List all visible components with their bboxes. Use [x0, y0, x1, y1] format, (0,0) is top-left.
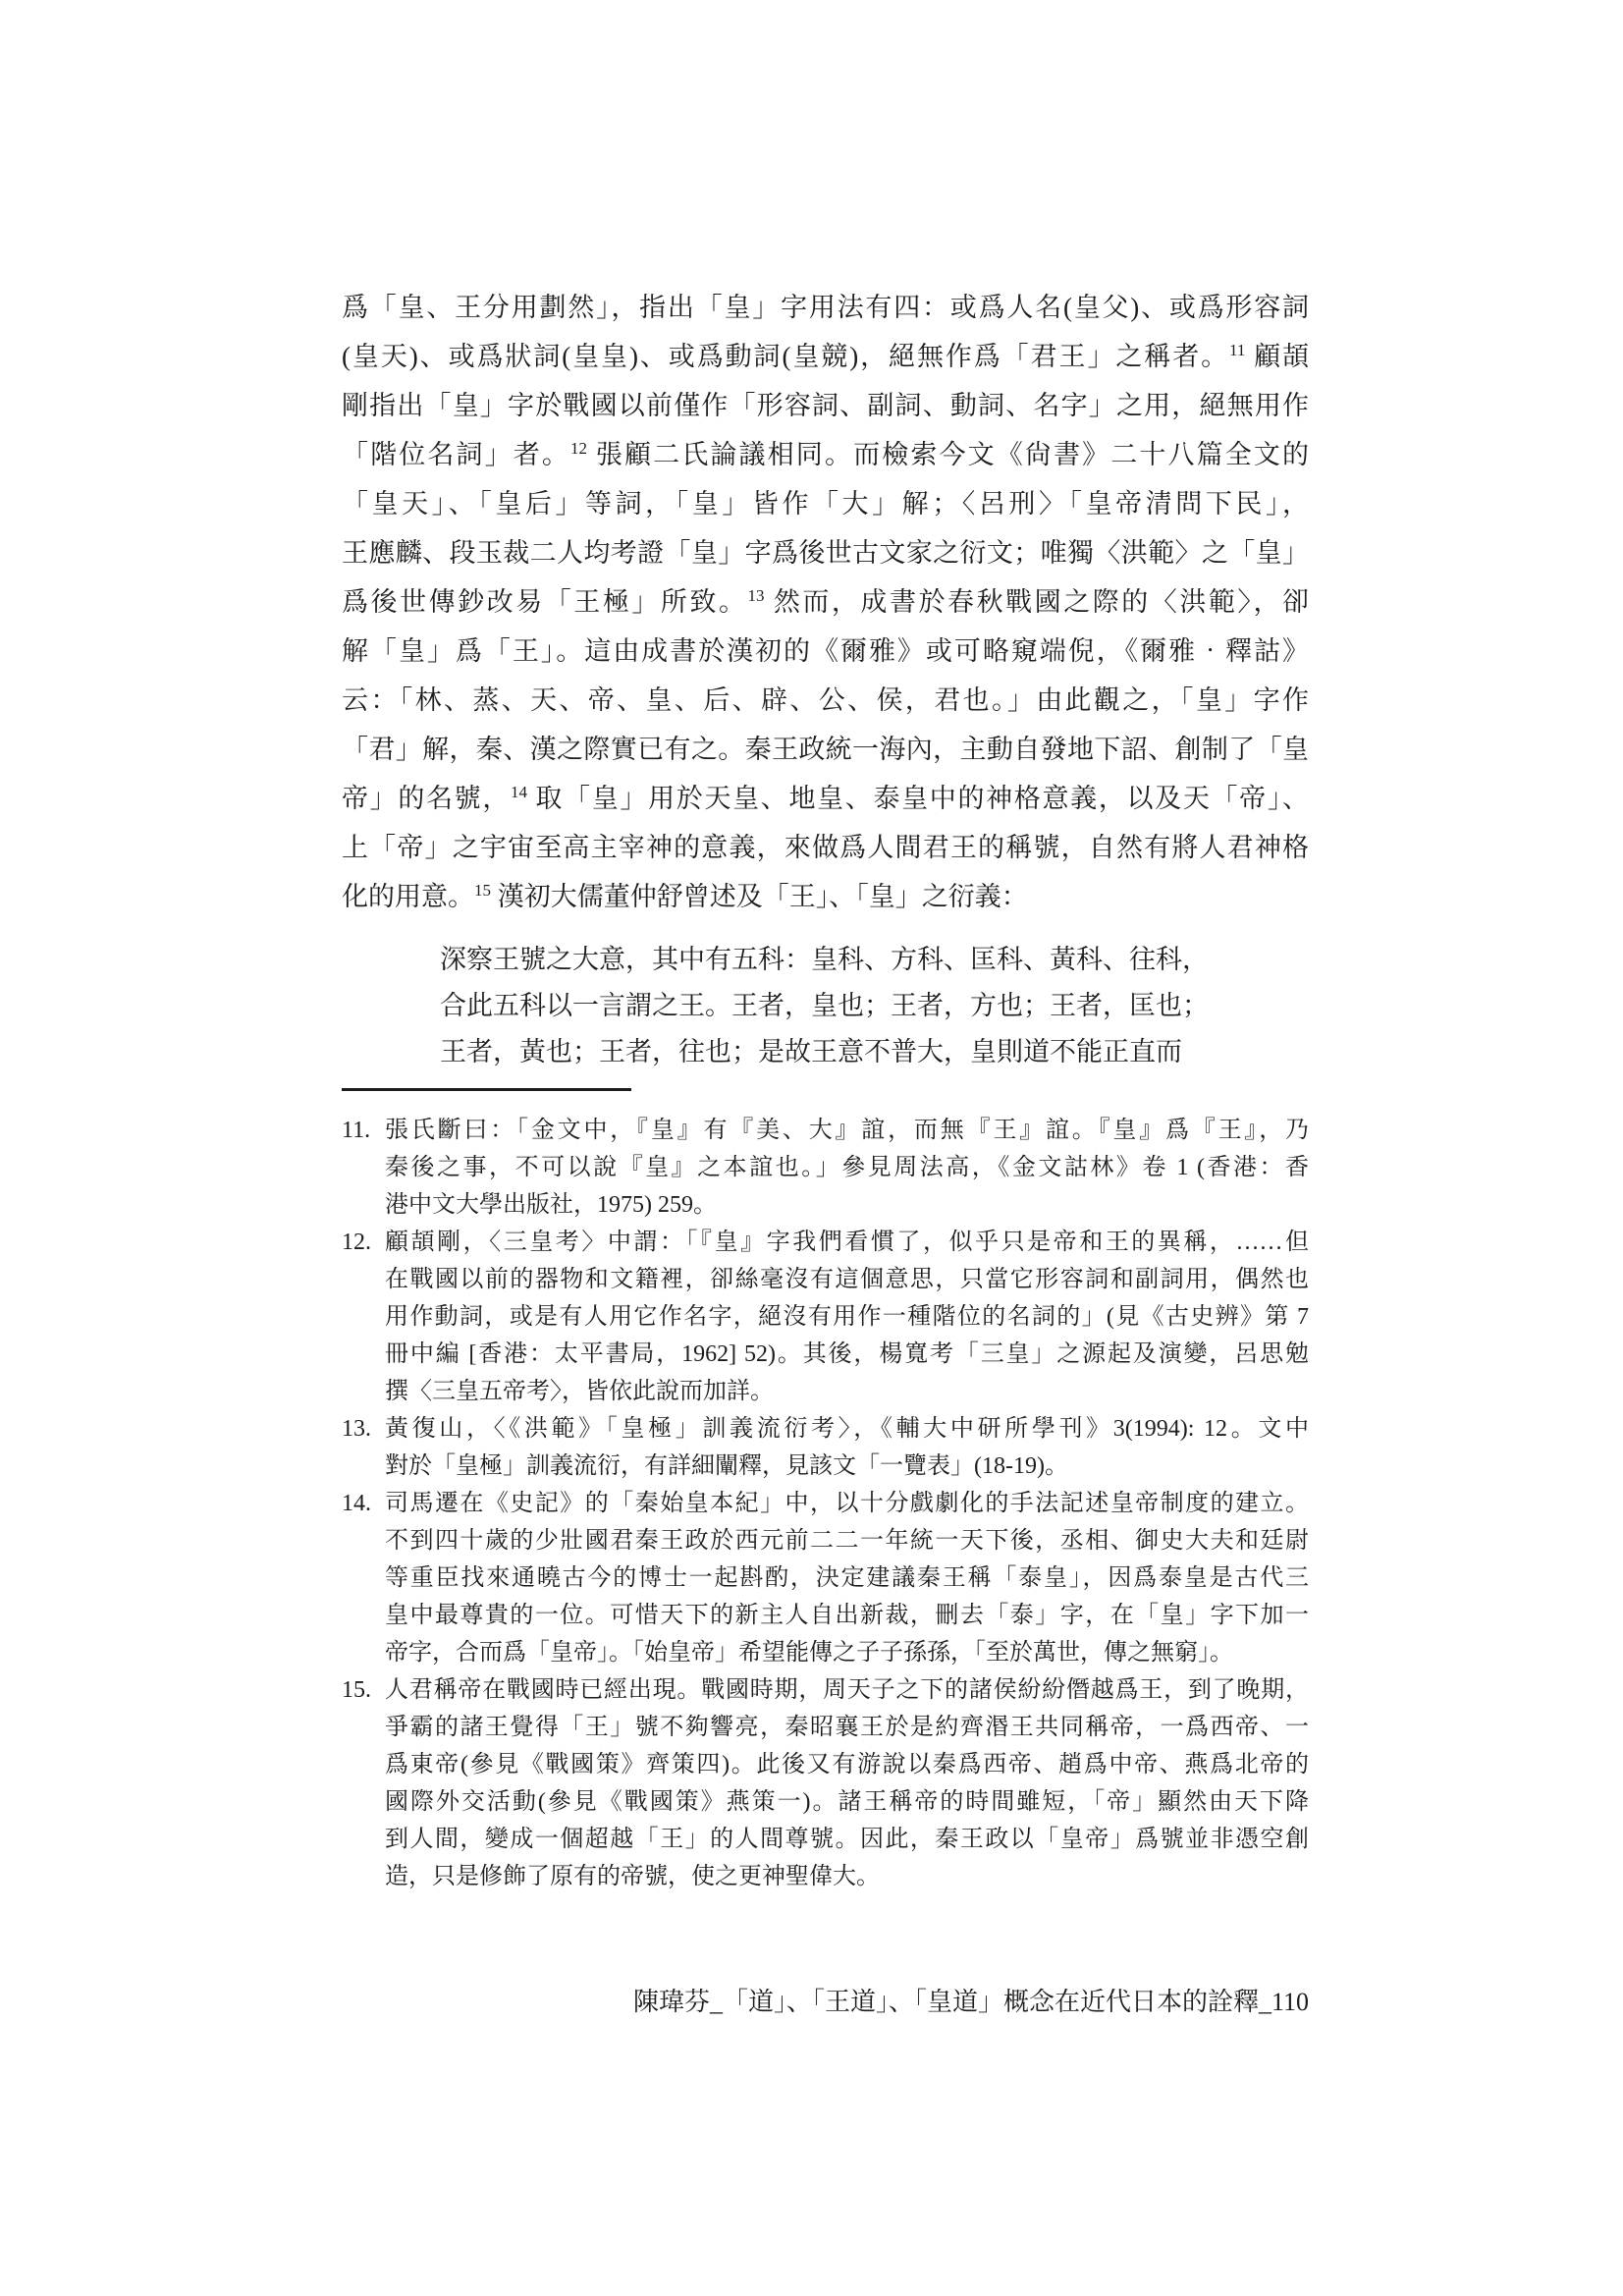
- body-text-line: 剛指出「皇」字於戰國以前僅作「形容詞、副詞、動詞、名字」之用，絕無用作: [342, 381, 1309, 430]
- footnote-text-line: 帝字，合而爲「皇帝」。「始皇帝」希望能傳之子子孫孫，「至於萬世，傳之無窮」。: [385, 1634, 1309, 1671]
- footnote-text-line: 人君稱帝在戰國時已經出現。戰國時期，周天子之下的諸侯紛紛僭越爲王，到了晚期，: [385, 1671, 1309, 1709]
- footnote-number: 13.: [342, 1410, 385, 1485]
- footnote-text-line: 造，只是修飾了原有的帝號，使之更神聖偉大。: [385, 1858, 1309, 1895]
- body-text-line: 爲「皇、王分用劃然」，指出「皇」字用法有四：或爲人名(皇父)、或爲形容詞: [342, 283, 1309, 332]
- body-text-line: 解「皇」爲「王」。這由成書於漢初的《爾雅》或可略窺端倪，《爾雅‧釋詁》: [342, 627, 1309, 676]
- footnote-item: 11.張氏斷曰：「金文中，『皇』有『美、大』誼，而無『王』誼。『皇』爲『王』，乃…: [342, 1112, 1309, 1224]
- footnote-text-line: 爭霸的諸王覺得「王」號不夠響亮，秦昭襄王於是約齊湣王共同稱帝，一爲西帝、一: [385, 1709, 1309, 1746]
- footnote-item: 12.顧頡剛，〈三皇考〉中謂：「『皇』字我們看慣了，似乎只是帝和王的異稱，……但…: [342, 1224, 1309, 1410]
- quote-text-line: 王者，黃也；王者，往也；是故王意不普大，皇則道不能正直而: [440, 1029, 1245, 1075]
- body-text-line: 云：「林、蒸、天、帝、皇、后、辟、公、侯，君也。」由此觀之，「皇」字作: [342, 676, 1309, 725]
- footnote-number: 12.: [342, 1224, 385, 1410]
- body-text-line: 爲後世傳鈔改易「王極」所致。13 然而，成書於春秋戰國之際的〈洪範〉，卻: [342, 577, 1309, 627]
- document-page: 爲「皇、王分用劃然」，指出「皇」字用法有四：或爲人名(皇父)、或爲形容詞(皇天)…: [0, 0, 1623, 2296]
- footnote-text-line: 黃復山，〈《洪範》「皇極」訓義流衍考〉，《輔大中研所學刊》3(1994): 12…: [385, 1410, 1309, 1448]
- footnote-text: 顧頡剛，〈三皇考〉中謂：「『皇』字我們看慣了，似乎只是帝和王的異稱，……但在戰國…: [385, 1224, 1309, 1410]
- footnote-item: 14.司馬遷在《史記》的「秦始皇本紀」中，以十分戲劇化的手法記述皇帝制度的建立。…: [342, 1485, 1309, 1671]
- footnote-text-line: 秦後之事，不可以說『皇』之本誼也。」參見周法高，《金文詁林》卷 1 (香港：香: [385, 1149, 1309, 1186]
- footnotes-section: 11.張氏斷曰：「金文中，『皇』有『美、大』誼，而無『王』誼。『皇』爲『王』，乃…: [342, 1112, 1309, 1895]
- quote-text-line: 深察王號之大意，其中有五科：皇科、方科、匡科、黃科、往科，: [440, 937, 1245, 983]
- footnote-number: 14.: [342, 1485, 385, 1671]
- footnote-text-line: 國際外交活動(參見《戰國策》燕策一)。諸王稱帝的時間雖短，「帝」顯然由天下降: [385, 1783, 1309, 1821]
- footnote-text: 黃復山，〈《洪範》「皇極」訓義流衍考〉，《輔大中研所學刊》3(1994): 12…: [385, 1410, 1309, 1485]
- text-block: 爲「皇、王分用劃然」，指出「皇」字用法有四：或爲人名(皇父)、或爲形容詞(皇天)…: [342, 283, 1309, 1895]
- quote-text-line: 合此五科以一言謂之王。王者，皇也；王者，方也；王者，匡也；: [440, 983, 1245, 1029]
- running-footer-text: 陳瑋芬_「道」、「王道」、「皇道」概念在近代日本的詮釋_110: [633, 1988, 1309, 2016]
- footnote-text: 張氏斷曰：「金文中，『皇』有『美、大』誼，而無『王』誼。『皇』爲『王』，乃秦後之…: [385, 1112, 1309, 1224]
- footnote-text: 司馬遷在《史記》的「秦始皇本紀」中，以十分戲劇化的手法記述皇帝制度的建立。不到四…: [385, 1485, 1309, 1671]
- page-footer: 陳瑋芬_「道」、「王道」、「皇道」概念在近代日本的詮釋_110: [342, 1986, 1309, 2019]
- footnote-text-line: 用作動詞，或是有人用它作名字，絕沒有用作一種階位的名詞的」(見《古史辨》第 7: [385, 1298, 1309, 1336]
- body-text-line: 王應麟、段玉裁二人均考證「皇」字爲後世古文家之衍文；唯獨〈洪範〉之「皇」: [342, 528, 1309, 577]
- body-text-line: (皇天)、或爲狀詞(皇皇)、或爲動詞(皇競)，絕無作爲「君王」之稱者。11 顧頡: [342, 332, 1309, 381]
- footnote-text-line: 等重臣找來通曉古今的博士一起斟酌，決定建議秦王稱「泰皇」，因爲泰皇是古代三: [385, 1559, 1309, 1597]
- footnote-number: 11.: [342, 1112, 385, 1224]
- block-quote: 深察王號之大意，其中有五科：皇科、方科、匡科、黃科、往科，合此五科以一言謂之王。…: [342, 937, 1245, 1075]
- footnote-ref: 12: [570, 439, 587, 458]
- footnote-text: 人君稱帝在戰國時已經出現。戰國時期，周天子之下的諸侯紛紛僭越爲王，到了晚期，爭霸…: [385, 1671, 1309, 1895]
- footnote-item: 13.黃復山，〈《洪範》「皇極」訓義流衍考〉，《輔大中研所學刊》3(1994):…: [342, 1410, 1309, 1485]
- body-paragraph: 爲「皇、王分用劃然」，指出「皇」字用法有四：或爲人名(皇父)、或爲形容詞(皇天)…: [342, 283, 1309, 921]
- body-text-line: 「皇天」、「皇后」等詞，「皇」皆作「大」解；〈呂刑〉「皇帝清問下民」，: [342, 479, 1309, 528]
- footnote-ref: 13: [748, 586, 765, 605]
- body-text-line: 上「帝」之宇宙至高主宰神的意義，來做爲人間君王的稱號，自然有將人君神格: [342, 823, 1309, 872]
- footnote-text-line: 到人間，變成一個超越「王」的人間尊號。因此，秦王政以「皇帝」爲號並非憑空創: [385, 1821, 1309, 1858]
- body-text-line: 「君」解，秦、漢之際實已有之。秦王政統一海內，主動自發地下詔、創制了「皇: [342, 725, 1309, 774]
- footnote-text-line: 撰〈三皇五帝考〉，皆依此說而加詳。: [385, 1373, 1309, 1410]
- footnote-ref: 14: [511, 783, 527, 801]
- footnote-text-line: 不到四十歲的少壯國君秦王政於西元前二二一年統一天下後，丞相、御史大夫和廷尉: [385, 1522, 1309, 1559]
- footnote-separator: [342, 1088, 631, 1091]
- footnote-text-line: 司馬遷在《史記》的「秦始皇本紀」中，以十分戲劇化的手法記述皇帝制度的建立。: [385, 1485, 1309, 1522]
- footnote-text-line: 張氏斷曰：「金文中，『皇』有『美、大』誼，而無『王』誼。『皇』爲『王』，乃: [385, 1112, 1309, 1149]
- footnote-ref: 11: [1229, 341, 1245, 359]
- footnote-text-line: 在戰國以前的器物和文籍裡，卻絲毫沒有這個意思，只當它形容詞和副詞用，偶然也: [385, 1261, 1309, 1298]
- footnote-text-line: 爲東帝(參見《戰國策》齊策四)。此後又有游說以秦爲西帝、趙爲中帝、燕爲北帝的: [385, 1746, 1309, 1783]
- footnote-text-line: 對於「皇極」訓義流衍，有詳細闡釋，見該文「一覽表」(18-19)。: [385, 1448, 1309, 1485]
- footnote-text-line: 港中文大學出版社，1975) 259。: [385, 1186, 1309, 1224]
- body-text-line: 化的用意。15 漢初大儒董仲舒曾述及「王」、「皇」之衍義：: [342, 872, 1309, 921]
- footnote-text-line: 顧頡剛，〈三皇考〉中謂：「『皇』字我們看慣了，似乎只是帝和王的異稱，……但: [385, 1224, 1309, 1261]
- body-text-line: 帝」的名號，14 取「皇」用於天皇、地皇、泰皇中的神格意義，以及天「帝」、: [342, 774, 1309, 823]
- footnote-item: 15.人君稱帝在戰國時已經出現。戰國時期，周天子之下的諸侯紛紛僭越爲王，到了晚期…: [342, 1671, 1309, 1895]
- body-text-line: 「階位名詞」者。12 張顧二氏論議相同。而檢索今文《尙書》二十八篇全文的: [342, 430, 1309, 479]
- footnote-ref: 15: [474, 881, 491, 900]
- footnote-text-line: 冊中編 [香港：太平書局，1962] 52)。其後，楊寬考「三皇」之源起及演變，…: [385, 1336, 1309, 1373]
- footnote-number: 15.: [342, 1671, 385, 1895]
- footnote-text-line: 皇中最尊貴的一位。可惜天下的新主人自出新裁，刪去「泰」字，在「皇」字下加一: [385, 1597, 1309, 1634]
